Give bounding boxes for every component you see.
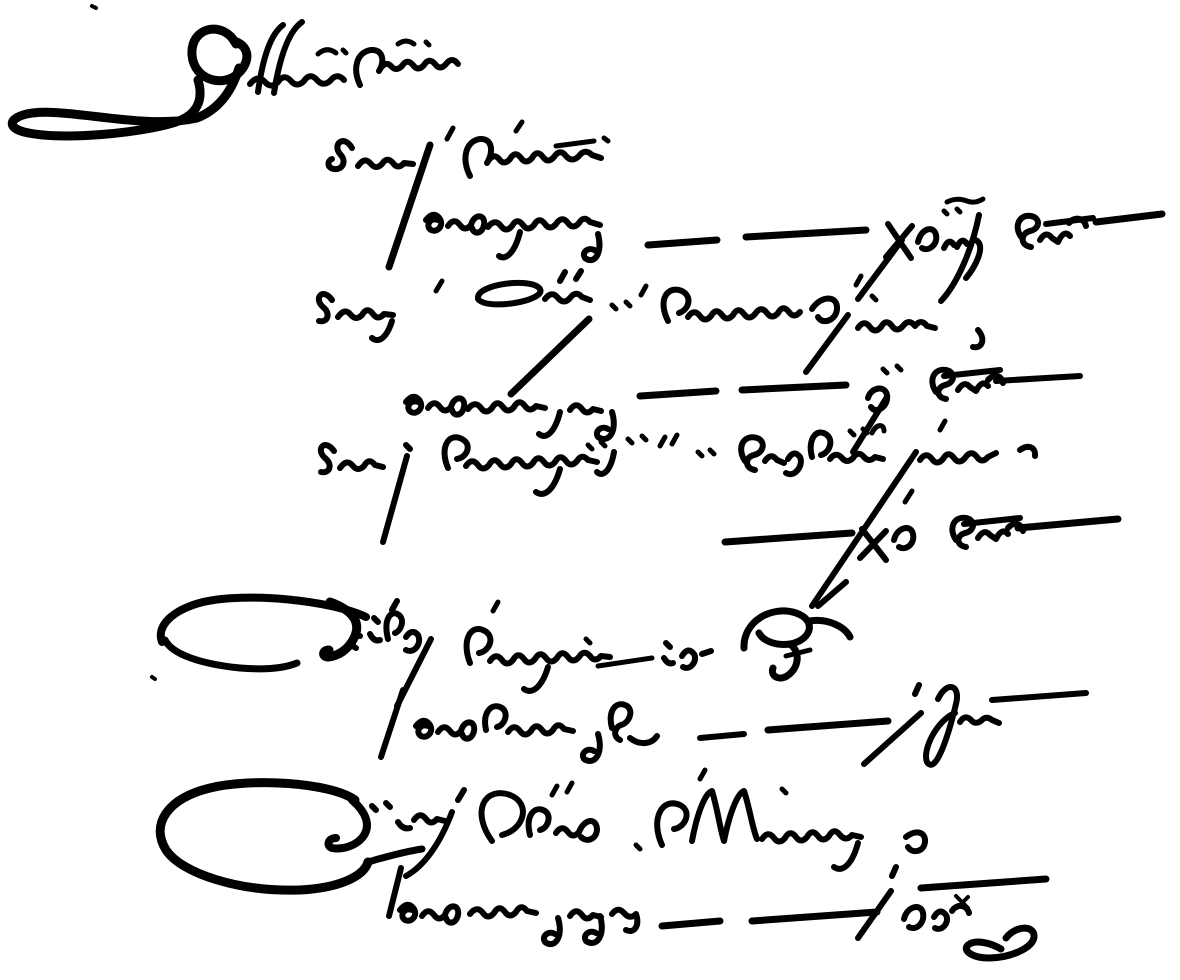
entry5-gangword-tail (544, 910, 637, 944)
entry3-zechen (920, 447, 1035, 463)
entry2-amount-ij-dots (883, 366, 901, 373)
entry5-dash1 (662, 921, 720, 926)
entry2-E (319, 294, 332, 321)
entry3-dash (725, 533, 852, 542)
entry4-d-loop (744, 611, 850, 678)
entry3-E2 (741, 437, 763, 470)
entry5-word-tail (906, 832, 925, 851)
entry1-apostrophe (447, 128, 453, 139)
entry1-word2-marks (516, 122, 608, 141)
entry2-apostrophe (436, 281, 442, 291)
entry1-tzl (358, 160, 413, 167)
entry2-tzl (338, 310, 393, 340)
entry3-berg (811, 432, 883, 461)
entry5-word (762, 831, 861, 841)
entry4-ist (664, 643, 711, 668)
heading-word1-base (250, 76, 344, 85)
entry2-L-loop (664, 290, 689, 321)
entry4-dash2 (768, 721, 888, 730)
entry3-word1 (466, 457, 597, 469)
entry4-word-marks (493, 602, 590, 643)
entry4-amount-overline (992, 693, 1086, 700)
circle2-tail (368, 849, 422, 862)
entry1-amount-x-descender (858, 240, 902, 299)
entry4-word (490, 653, 610, 664)
entry3-E (321, 445, 334, 472)
entry1-word2-tbar (556, 141, 594, 146)
entry5-M (692, 791, 757, 841)
entry3-word1-descenders (536, 452, 614, 494)
entry3-rz (765, 453, 801, 474)
entry5-text1 (372, 790, 464, 876)
entry2-amount-ij (853, 389, 887, 452)
entry4-word-descender (524, 667, 548, 691)
entry2-oval-letter (478, 283, 540, 305)
entry2-luchl (545, 271, 590, 302)
entry4-text1 (352, 601, 419, 651)
entry2-long-slash (511, 319, 589, 394)
manuscript-ink-layer (0, 0, 1180, 980)
entry3-trailing-dash (1018, 519, 1118, 528)
entry4-dash1 (700, 734, 744, 738)
entry5-word-descender (834, 843, 858, 869)
entry2-auerbach (688, 308, 800, 319)
entry2-dash1 (640, 391, 716, 396)
circle2-right-hook (329, 800, 367, 849)
entry5-lud (529, 809, 597, 840)
entry1-trailing-dash (1096, 214, 1162, 222)
entry1-gangword (426, 215, 600, 233)
heading-word2 (356, 50, 458, 85)
entry4-S-loop (467, 629, 491, 663)
entry3-amount-apostrophe (905, 491, 912, 502)
entry2-gangword (406, 397, 545, 415)
entry1-amount-j-descender (941, 215, 979, 301)
entry5-gangword (400, 905, 536, 923)
entry3-tzl (340, 445, 410, 469)
entry5-D-loop (482, 793, 523, 841)
entry2-dash2 (742, 385, 846, 390)
manuscript-page: approximate reading of cursive Kurrent h… (0, 0, 1180, 980)
circle1-bottom-arc (165, 640, 297, 669)
entry4-amount-w (960, 717, 999, 723)
entry4-gangword-tail (583, 704, 657, 761)
circle1-right-arc (324, 602, 357, 657)
entry5-amount-overline (921, 879, 1046, 888)
heading-word1-marks (318, 50, 346, 54)
entry1-dash2 (746, 230, 866, 237)
entry2-gang-tail (539, 405, 614, 439)
entry3-marks (850, 421, 945, 435)
entry1-amount-marks (944, 199, 983, 214)
heading-word2-marks (398, 41, 429, 45)
top-left-speck (92, 6, 96, 8)
entry2-unit-bar (944, 370, 1080, 381)
entry3-slash (383, 456, 407, 542)
entry3-amount-xv (860, 528, 913, 560)
entry5-S-loop (657, 803, 686, 845)
bottom-paraph-L (966, 928, 1034, 958)
entry2-idots (612, 286, 646, 309)
entry2-zechen (858, 322, 982, 347)
entry5-amount-vst (904, 906, 969, 929)
entry4-d-dash (786, 650, 810, 656)
entry1-E (328, 141, 352, 169)
entry1-gangword-descenders (499, 232, 599, 260)
entry5-amount-j (858, 867, 896, 938)
heading-initial-flourish (12, 29, 247, 136)
entry4-lead-slash (381, 690, 403, 757)
entry4-gangword (416, 706, 573, 738)
entry5-dash2 (752, 912, 877, 921)
entry4-amount-h (926, 687, 957, 765)
entry1-dash1 (648, 240, 717, 245)
entry2-ch-loop (812, 299, 837, 322)
circle1-speck (152, 677, 155, 679)
